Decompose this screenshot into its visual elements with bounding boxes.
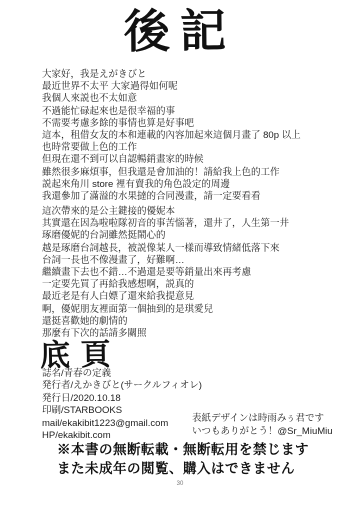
text-line: 最近老是有人白嫖了還來給我提意見 — [42, 291, 289, 303]
text-line: 大家好，我是えがきびと — [42, 69, 301, 81]
text-line: 啊，優妮朋友裡面第一個抽到的是琪愛兒 — [42, 304, 289, 316]
text-line: ※本書の無断転載・無断転用を禁じます — [57, 441, 309, 460]
copyright-warning: ※本書の無断転載・無断転用を禁じますまた未成年の閲覧、購入はできません — [57, 441, 309, 478]
text-line: 但現在還不到可以自認暢銷畫家的時候 — [42, 154, 301, 166]
page-number: 30 — [0, 481, 360, 487]
text-line: 台詞一長也不像漫畫了，好難啊… — [42, 255, 289, 267]
text-line: 不過能忙碌起來也是很幸福的事 — [42, 106, 301, 118]
text-line: 越是琢磨台詞越長，被説像某人一樣而導致情緒低落下來 — [42, 243, 289, 255]
text-line: 琢磨優妮的台詞雖然挺鬧心的 — [42, 230, 289, 242]
text-line: 還挺喜歡她的劇情的 — [42, 316, 289, 328]
text-line: 印刷/STARBOOKS — [42, 405, 202, 417]
text-line: 其實還在因為啦啦隊初音的事苦惱著，還井了，人生第一井 — [42, 218, 289, 230]
text-line: 我還參加了滿溢的水果撻的合同漫畫，請一定要看看 — [42, 191, 301, 203]
text-line: 表紙デザインは時雨みぅ君です — [192, 413, 333, 426]
text-line: また未成年の閲覧、購入はできません — [57, 460, 309, 479]
cover-design-credit: 表紙デザインは時雨みぅ君ですいつもありがとう！@Sr_MiuMiu — [192, 413, 333, 438]
text-line: mail/ekakibit1223@gmail.com — [42, 418, 202, 430]
text-line: いつもありがとう！@Sr_MiuMiu — [192, 426, 333, 439]
text-line: 雖然很多麻煩事，但我還是會加油的！請給我上色的工作 — [42, 167, 301, 179]
text-line: 這本，租借女友的本和連載的內容加起來這個月畫了 80p 以上 — [42, 130, 301, 142]
afterword-paragraph-2: 這次帶來的是公主鍵接的優妮本其實還在因為啦啦隊初音的事苦惱著，還井了，人生第一井… — [42, 206, 289, 340]
text-line: 発行者/えかきびと(サークルフィオレ) — [42, 380, 202, 392]
colophon-block: 誌名/青春の定義発行者/えかきびと(サークルフィオレ)発行日/2020.10.1… — [42, 368, 202, 442]
text-line: 最近世界不太平 大家過得如何呢 — [42, 81, 301, 93]
text-line: 我個人來説也不太如意 — [42, 93, 301, 105]
text-line: 不需要考慮多餘的事情也算是好事吧 — [42, 118, 301, 130]
text-line: 也時常要做上色的工作 — [42, 142, 301, 154]
text-line: 一定要先買了再給我感想啊，説真的 — [42, 279, 289, 291]
text-line: 這次帶來的是公主鍵接的優妮本 — [42, 206, 289, 218]
text-line: 発行日/2020.10.18 — [42, 393, 202, 405]
afterword-paragraph-1: 大家好，我是えがきびと最近世界不太平 大家過得如何呢我個人來説也不太如意不過能忙… — [42, 69, 301, 203]
text-line: 繼續畫下去也不錯…不過還是要等銷量出來再考慮 — [42, 267, 289, 279]
text-line: 説起來角川 store 裡有賣我的角色設定的周邊 — [42, 179, 301, 191]
text-line: 誌名/青春の定義 — [42, 368, 202, 380]
afterword-page: 後記 大家好，我是えがきびと最近世界不太平 大家過得如何呢我個人來説也不太如意不… — [0, 0, 360, 508]
page-title: 後記 — [0, 4, 360, 58]
